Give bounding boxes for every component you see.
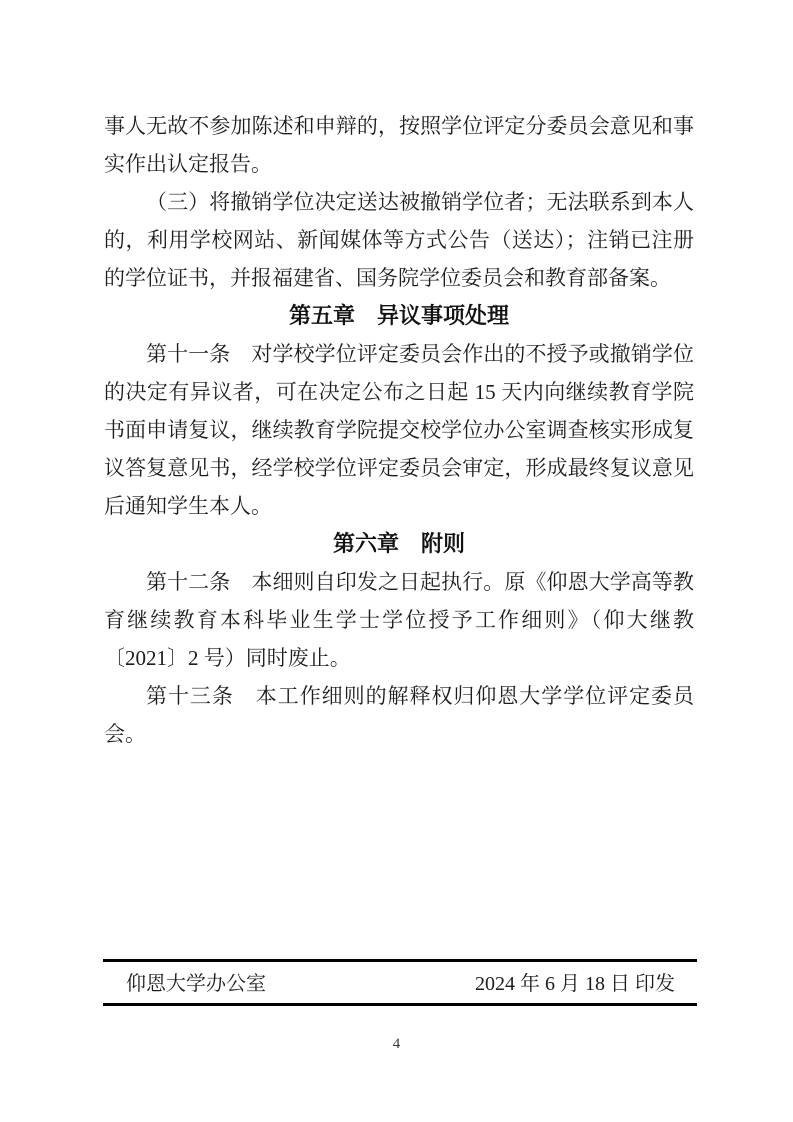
body-paragraph: 事人无故不参加陈述和申辩的，按照学位评定分委员会意见和事实作出认定报告。	[104, 107, 694, 183]
chapter-heading: 第五章 异议事项处理	[104, 297, 694, 335]
footer-top-rule	[103, 959, 697, 962]
page-number: 4	[0, 1036, 793, 1053]
body-paragraph: 第十一条 对学校学位评定委员会作出的不授予或撤销学位的决定有异议者，可在决定公布…	[104, 335, 694, 525]
footer-bottom-rule	[103, 1003, 697, 1006]
document-body: 事人无故不参加陈述和申辩的，按照学位评定分委员会意见和事实作出认定报告。（三）将…	[104, 107, 694, 753]
chapter-heading: 第六章 附则	[104, 525, 694, 563]
footer-issue-date: 2024 年 6 月 18 日 印发	[475, 972, 675, 996]
footer-issuer: 仰恩大学办公室	[126, 972, 266, 996]
body-paragraph: 第十二条 本细则自印发之日起执行。原《仰恩大学高等教育继续教育本科毕业生学士学位…	[104, 563, 694, 677]
body-paragraph: （三）将撤销学位决定送达被撤销学位者；无法联系到本人的，利用学校网站、新闻媒体等…	[104, 183, 694, 297]
document-page: 事人无故不参加陈述和申辩的，按照学位评定分委员会意见和事实作出认定报告。（三）将…	[0, 0, 793, 1122]
body-paragraph: 第十三条 本工作细则的解释权归仰恩大学学位评定委员会。	[104, 677, 694, 753]
